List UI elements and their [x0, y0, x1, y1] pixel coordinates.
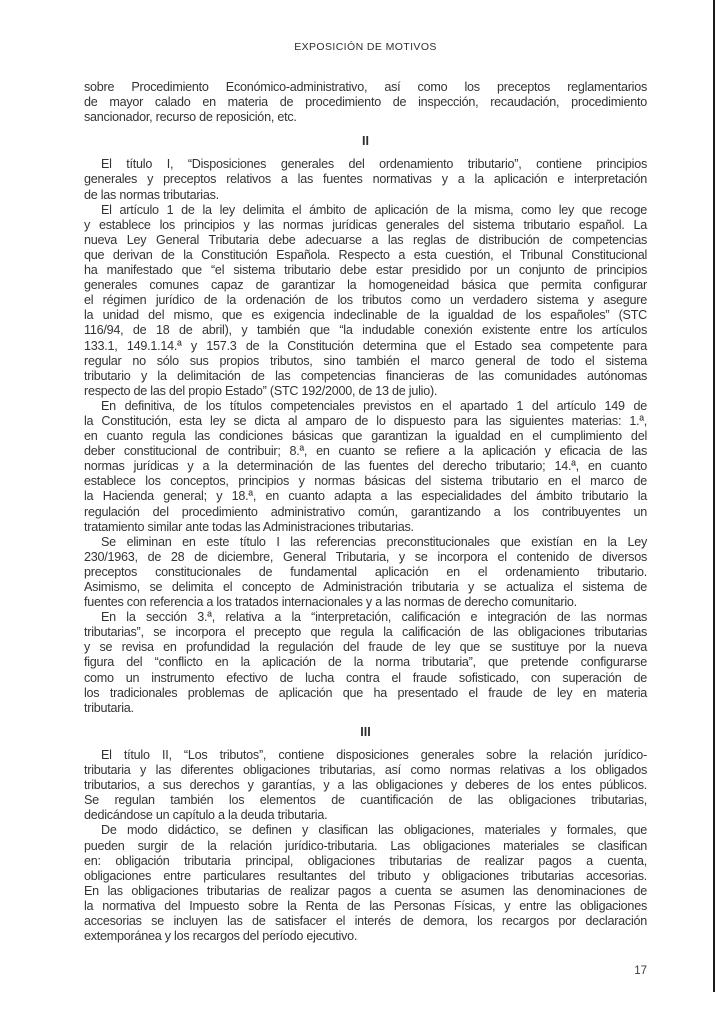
paragraph: De modo didáctico, se definen y clasific…: [84, 823, 647, 944]
text-line: nueva Ley General Tributaria debe adecua…: [84, 233, 647, 248]
text-line: tributaria y las diferentes obligaciones…: [84, 763, 647, 778]
text-line: extemporánea y los recargos del período …: [84, 929, 647, 944]
text-line: la Hacienda general; y 18.ª, en cuanto a…: [84, 489, 647, 504]
paragraph: En la sección 3.ª, relativa a la “interp…: [84, 610, 647, 716]
text-line: En las obligaciones tributarias de reali…: [84, 884, 647, 899]
text-line: la normativa del Impuesto sobre la Renta…: [84, 899, 647, 914]
text-line: establece los conceptos, principios y no…: [84, 474, 647, 489]
paragraph: sobre Procedimiento Económico-administra…: [84, 80, 647, 125]
text-line: el régimen jurídico de la ordenación de …: [84, 293, 647, 308]
text-line: El título II, “Los tributos”, contiene d…: [84, 748, 647, 763]
paragraph: En definitiva, de los títulos competenci…: [84, 399, 647, 535]
text-line: generales comunes capaz de garantizar la…: [84, 278, 647, 293]
text-line: 116/94, de 18 de abril), y también que “…: [84, 323, 647, 338]
text-line: ha manifestado que “el sistema tributari…: [84, 263, 647, 278]
text-line: regular no sólo sus propios tributos, si…: [84, 354, 647, 369]
text-line: los tradicionales problemas de aplicació…: [84, 686, 647, 701]
text-line: la Constitución, esta ley se dicta al am…: [84, 414, 647, 429]
text-line: tributarios, a sus derechos y garantías,…: [84, 778, 647, 793]
text-line: dedicándose un capítulo a la deuda tribu…: [84, 808, 647, 823]
text-line: 133.1, 149.1.14.ª y 157.3 de la Constitu…: [84, 339, 647, 354]
text-line: regulación del procedimiento administrat…: [84, 505, 647, 520]
page-number: 17: [84, 965, 647, 977]
text-line: de mayor calado en materia de procedimie…: [84, 95, 647, 110]
text-line: El título I, “Disposiciones generales de…: [84, 157, 647, 172]
text-line: preceptos constitucionales de fundamenta…: [84, 565, 647, 580]
paragraph: El título II, “Los tributos”, contiene d…: [84, 748, 647, 823]
text-line: deber constitucional de contribuir; 8.ª,…: [84, 444, 647, 459]
text-line: fuentes con referencia a los tratados in…: [84, 595, 647, 610]
text-line: pueden surgir de la relación jurídico-tr…: [84, 839, 647, 854]
text-line: obligaciones entre particulares resultan…: [84, 869, 647, 884]
text-line: En definitiva, de los títulos competenci…: [84, 399, 647, 414]
text-line: tratamiento similar ante todas las Admin…: [84, 520, 647, 535]
text-line: tributarias”, se incorpora el precepto q…: [84, 625, 647, 640]
text-line: Se regulan también los elementos de cuan…: [84, 793, 647, 808]
paragraph: El artículo 1 de la ley delimita el ámbi…: [84, 203, 647, 399]
paragraph: El título I, “Disposiciones generales de…: [84, 157, 647, 202]
text-line: en cuanto regula las condiciones básicas…: [84, 429, 647, 444]
text-line: El artículo 1 de la ley delimita el ámbi…: [84, 203, 647, 218]
text-line: De modo didáctico, se definen y clasific…: [84, 823, 647, 838]
text-line: Asimismo, se delimita el concepto de Adm…: [84, 580, 647, 595]
document-page: EXPOSICIÓN DE MOTIVOS sobre Procedimient…: [0, 0, 717, 1009]
text-line: la unidad del mismo, que es exigencia in…: [84, 308, 647, 323]
text-line: que derivan de la Constitución Española.…: [84, 248, 647, 263]
text-line: sobre Procedimiento Económico-administra…: [84, 80, 647, 95]
text-line: accesorias se incluyen las de satisfacer…: [84, 914, 647, 929]
scan-edge-line: [713, 0, 715, 992]
section-heading: II: [84, 134, 647, 149]
text-line: En la sección 3.ª, relativa a la “interp…: [84, 610, 647, 625]
text-line: de las normas tributarias.: [84, 188, 647, 203]
section-heading: III: [84, 725, 647, 740]
text-line: generales y preceptos relativos a las fu…: [84, 172, 647, 187]
text-line: respecto de las del propio Estado” (STC …: [84, 384, 647, 399]
text-line: en: obligación tributaria principal, obl…: [84, 854, 647, 869]
text-line: sancionador, recurso de reposición, etc.: [84, 110, 647, 125]
text-line: tributaria.: [84, 701, 647, 716]
text-line: tributario y la delimitación de las comp…: [84, 369, 647, 384]
text-line: y establece los principios y las normas …: [84, 218, 647, 233]
text-line: figura del “conflicto en la aplicación d…: [84, 655, 647, 670]
text-line: 230/1963, de 28 de diciembre, General Tr…: [84, 550, 647, 565]
text-line: Se eliminan en este título I las referen…: [84, 535, 647, 550]
paragraph: Se eliminan en este título I las referen…: [84, 535, 647, 610]
document-body: sobre Procedimiento Económico-administra…: [84, 80, 647, 944]
text-line: y se revisa en profundidad la regulación…: [84, 640, 647, 655]
document-header: EXPOSICIÓN DE MOTIVOS: [84, 41, 647, 53]
text-line: normas jurídicas y a la determinación de…: [84, 459, 647, 474]
text-line: como un instrumento efectivo de lucha co…: [84, 671, 647, 686]
